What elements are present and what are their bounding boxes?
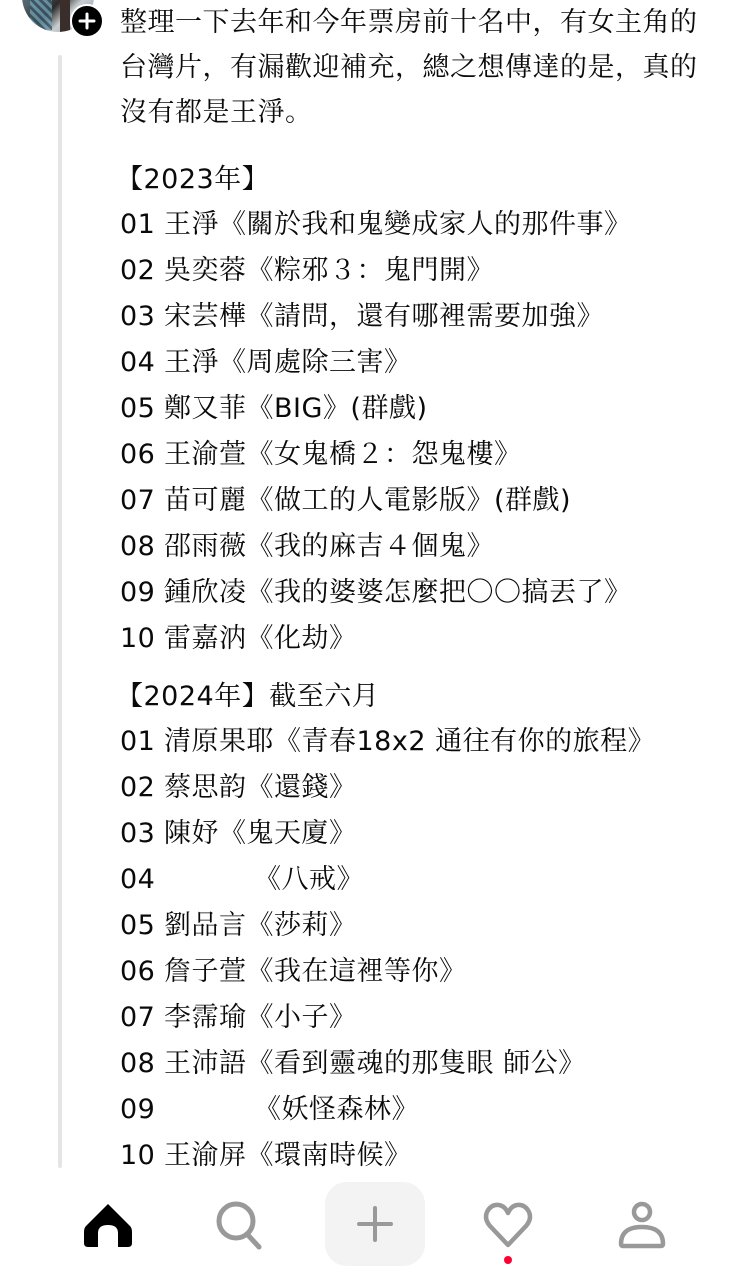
rank-number: 03	[120, 811, 164, 857]
rank-number: 06	[120, 432, 164, 478]
movie-title: 《我在這裡等你》	[247, 949, 467, 995]
list-item: 02蔡思韵《還錢》	[120, 765, 720, 811]
ranking-list: 01清原果耶《青春18x2 通往有你的旅程》02蔡思韵《還錢》03陳妤《鬼天廈》…	[120, 719, 720, 1179]
movie-title: 《小子》	[247, 995, 357, 1041]
rank-number: 07	[120, 478, 164, 524]
movie-title: 《周處除三害》	[219, 340, 412, 386]
actress-name: 吳奕蓉	[164, 248, 247, 294]
list-item: 06詹子萱《我在這裡等你》	[120, 949, 720, 995]
movie-title: 《還錢》	[247, 765, 357, 811]
search-icon	[214, 1199, 266, 1251]
list-item: 07李霈瑜《小子》	[120, 995, 720, 1041]
actress-name: 王渝屏	[164, 1133, 247, 1179]
section-title: 【2023年】	[116, 157, 720, 202]
actress-name: 王渝萱	[164, 432, 247, 478]
movie-title: 《莎莉》	[247, 903, 357, 949]
movie-title: 《鬼天廈》	[219, 811, 357, 857]
actress-name: 清原果耶	[164, 719, 274, 765]
nav-profile[interactable]	[592, 1180, 692, 1270]
plus-icon	[355, 1204, 395, 1244]
list-item: 01王淨《關於我和鬼變成家人的那件事》	[120, 202, 720, 248]
rank-number: 08	[120, 524, 164, 570]
movie-title: 《八戒》	[254, 857, 364, 903]
list-item: 06王渝萱《女鬼橋２：怨鬼樓》	[120, 432, 720, 478]
section-2024: 【2024年】截至六月 01清原果耶《青春18x2 通往有你的旅程》02蔡思韵《…	[120, 674, 720, 1179]
list-item: 05劉品言《莎莉》	[120, 903, 720, 949]
rank-number: 04	[120, 857, 164, 903]
actress-name: 劉品言	[164, 903, 247, 949]
movie-title: 《女鬼橋２：怨鬼樓》	[247, 432, 522, 478]
list-item: 01清原果耶《青春18x2 通往有你的旅程》	[120, 719, 720, 765]
nav-home[interactable]	[58, 1180, 158, 1270]
plus-icon	[78, 12, 96, 30]
list-item: 10王渝屏《環南時候》	[120, 1133, 720, 1179]
home-icon	[82, 1201, 134, 1249]
bottom-nav	[0, 1180, 749, 1280]
movie-title: 《妖怪森林》	[254, 1087, 419, 1133]
actress-name: 鄭又菲	[164, 386, 247, 432]
rank-number: 01	[120, 202, 164, 248]
list-item: 02吳奕蓉《粽邪３：鬼門開》	[120, 248, 720, 294]
actress-name: 王淨	[164, 202, 219, 248]
actress-name	[164, 1087, 254, 1133]
movie-title: 《我的麻吉４個鬼》	[247, 524, 495, 570]
nav-create[interactable]	[325, 1182, 425, 1266]
movie-title: 《化劫》	[247, 616, 357, 662]
movie-title: 《粽邪３：鬼門開》	[247, 248, 495, 294]
actress-name	[164, 857, 254, 903]
rank-number: 08	[120, 1041, 164, 1087]
list-item: 10雷嘉汭《化劫》	[120, 616, 720, 662]
rank-number: 06	[120, 949, 164, 995]
rank-number: 02	[120, 248, 164, 294]
notification-dot	[504, 1256, 512, 1264]
actress-name: 王沛語	[164, 1041, 247, 1087]
rank-number: 04	[120, 340, 164, 386]
rank-number: 03	[120, 294, 164, 340]
movie-title: 《關於我和鬼變成家人的那件事》	[219, 202, 632, 248]
rank-number: 07	[120, 995, 164, 1041]
list-item: 09《妖怪森林》	[120, 1087, 720, 1133]
rank-number: 01	[120, 719, 164, 765]
section-2023: 【2023年】 01王淨《關於我和鬼變成家人的那件事》02吳奕蓉《粽邪３：鬼門開…	[120, 157, 720, 662]
movie-title: 《我的婆婆怎麼把〇〇搞丟了》	[247, 570, 632, 616]
list-item: 05鄭又菲《BIG》(群戲)	[120, 386, 720, 432]
nav-search[interactable]	[190, 1180, 290, 1270]
list-item: 04王淨《周處除三害》	[120, 340, 720, 386]
movie-title: 《青春18x2 通往有你的旅程》	[274, 719, 655, 765]
actress-name: 雷嘉汭	[164, 616, 247, 662]
rank-number: 10	[120, 616, 164, 662]
actress-name: 蔡思韵	[164, 765, 247, 811]
actress-name: 王淨	[164, 340, 219, 386]
rank-number: 09	[120, 570, 164, 616]
list-item: 04《八戒》	[120, 857, 720, 903]
movie-title: 《看到靈魂的那隻眼 師公》	[247, 1041, 586, 1087]
list-item: 08邵雨薇《我的麻吉４個鬼》	[120, 524, 720, 570]
rank-number: 10	[120, 1133, 164, 1179]
entry-note: (群戲)	[494, 478, 571, 524]
list-item: 07苗可麗《做工的人電影版》(群戲)	[120, 478, 720, 524]
movie-title: 《請問，還有哪裡需要加強》	[247, 294, 605, 340]
actress-name: 宋芸樺	[164, 294, 247, 340]
list-item: 03陳妤《鬼天廈》	[120, 811, 720, 857]
list-item: 08王沛語《看到靈魂的那隻眼 師公》	[120, 1041, 720, 1087]
profile-icon	[617, 1200, 667, 1250]
actress-name: 詹子萱	[164, 949, 247, 995]
movie-title: 《BIG》	[247, 386, 351, 432]
follow-button[interactable]	[70, 4, 104, 38]
thread-line	[58, 55, 62, 1168]
post-body: 整理一下去年和今年票房前十名中，有女主角的台灣片，有漏歡迎補充，總之想傳達的是，…	[120, 0, 720, 1179]
movie-title: 《做工的人電影版》	[247, 478, 495, 524]
heart-icon	[482, 1201, 534, 1249]
section-title: 【2024年】截至六月	[116, 674, 720, 719]
rank-number: 09	[120, 1087, 164, 1133]
rank-number: 05	[120, 903, 164, 949]
actress-name: 鍾欣凌	[164, 570, 247, 616]
movie-title: 《環南時候》	[247, 1133, 412, 1179]
actress-name: 苗可麗	[164, 478, 247, 524]
entry-note: (群戲)	[350, 386, 427, 432]
list-item: 03宋芸樺《請問，還有哪裡需要加強》	[120, 294, 720, 340]
actress-name: 邵雨薇	[164, 524, 247, 570]
post-intro: 整理一下去年和今年票房前十名中，有女主角的台灣片，有漏歡迎補充，總之想傳達的是，…	[120, 0, 720, 135]
actress-name: 陳妤	[164, 811, 219, 857]
ranking-list: 01王淨《關於我和鬼變成家人的那件事》02吳奕蓉《粽邪３：鬼門開》03宋芸樺《請…	[120, 202, 720, 662]
list-item: 09鍾欣凌《我的婆婆怎麼把〇〇搞丟了》	[120, 570, 720, 616]
rank-number: 02	[120, 765, 164, 811]
actress-name: 李霈瑜	[164, 995, 247, 1041]
rank-number: 05	[120, 386, 164, 432]
